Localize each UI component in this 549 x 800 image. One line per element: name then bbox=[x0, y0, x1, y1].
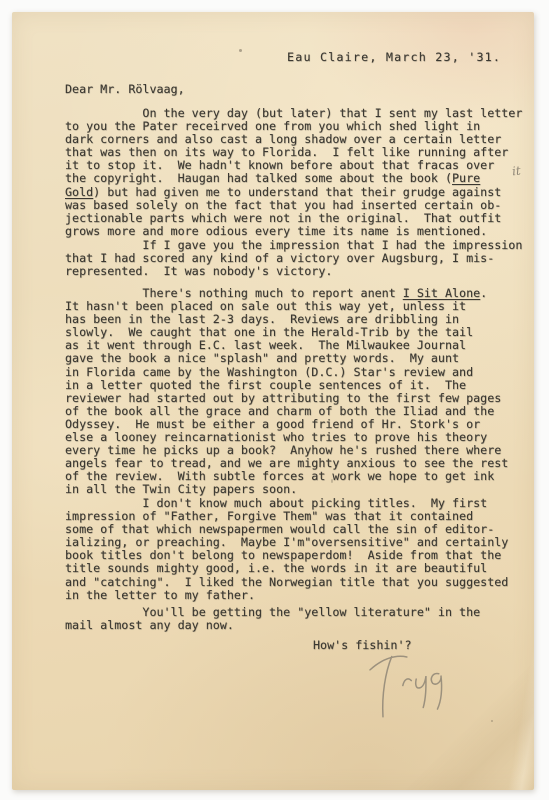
pencil-insertion-it: it bbox=[511, 164, 521, 179]
ink-speck bbox=[491, 720, 493, 722]
date-line: Eau Claire, March 23, '31. bbox=[287, 51, 501, 64]
ink-speck bbox=[331, 479, 333, 483]
salutation: Dear Mr. Rölvaag, bbox=[65, 83, 185, 96]
paragraph-4: I don't know much about picking titles. … bbox=[65, 497, 508, 602]
signature-handwriting bbox=[358, 648, 458, 726]
letter-paper: Eau Claire, March 23, '31. Dear Mr. Rölv… bbox=[12, 12, 534, 790]
paragraph-5: You'll be getting the "yellow literature… bbox=[65, 606, 480, 632]
ink-speck bbox=[239, 49, 242, 52]
paragraph-3: There's nothing much to report anent I S… bbox=[65, 287, 508, 497]
paragraph-1: On the very day (but later) that I sent … bbox=[65, 107, 522, 238]
scanned-letter: Eau Claire, March 23, '31. Dear Mr. Rölv… bbox=[0, 0, 549, 800]
paragraph-2: If I gave you the impression that I had … bbox=[65, 239, 522, 278]
